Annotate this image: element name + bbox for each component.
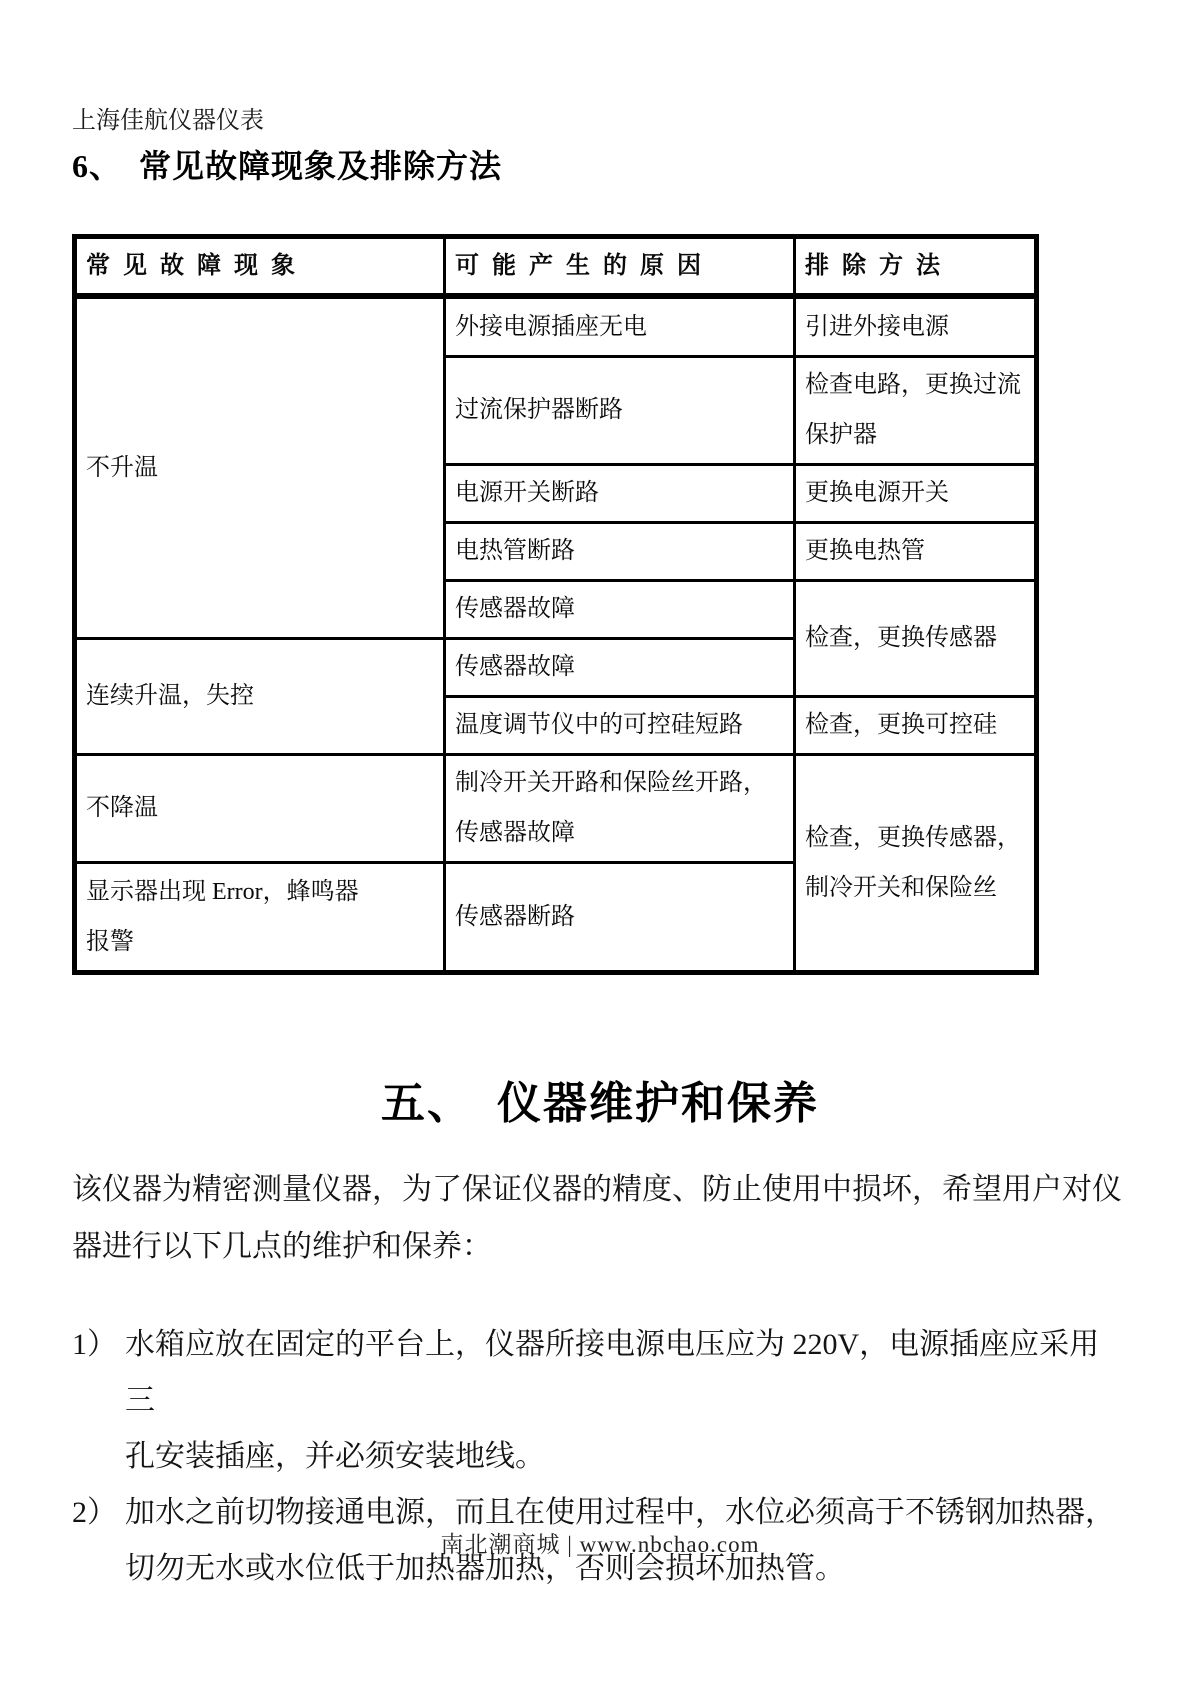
remedy-cell: 检查，更换可控硅 [795, 696, 1037, 754]
cause-cell: 电热管断路 [445, 522, 795, 580]
list-item: 1） 水箱应放在固定的平台上，仪器所接电源电压应为 220V，电源插座应采用三 … [72, 1317, 1128, 1485]
table-header-row: 常见故障现象 可能产生的原因 排除方法 [75, 237, 1037, 297]
section5-title: 五、 仪器维护和保养 [72, 1067, 1128, 1131]
cause-cell: 传感器故障 [445, 580, 795, 638]
fault-cell: 不升温 [75, 296, 445, 638]
fault-cell: 连续升温，失控 [75, 638, 445, 754]
fault-cell: 显示器出现 Error，蜂鸣器 报警 [75, 862, 445, 972]
cause-cell: 电源开关断路 [445, 464, 795, 522]
col-header-fault: 常见故障现象 [75, 237, 445, 297]
remedy-cell-merged: 检查，更换传感器， 制冷开关和保险丝 [795, 754, 1037, 972]
list-item-number: 1） [72, 1317, 125, 1373]
cause-cell: 传感器断路 [445, 862, 795, 972]
company-name: 上海佳航仪器仪表 [72, 104, 1128, 138]
table-row: 不降温 制冷开关开路和保险丝开路， 传感器故障 检查，更换传感器， 制冷开关和保… [75, 754, 1037, 862]
page-content: 上海佳航仪器仪表 6、 常见故障现象及排除方法 常见故障现象 可能产生的原因 排… [0, 0, 1200, 1597]
remedy-cell-merged: 检查，更换传感器 [795, 580, 1037, 696]
col-header-cause: 可能产生的原因 [445, 237, 795, 297]
col-header-remedy: 排除方法 [795, 237, 1037, 297]
cause-cell: 过流保护器断路 [445, 356, 795, 464]
fault-table: 常见故障现象 可能产生的原因 排除方法 不升温 外接电源插座无电 引进外接电源 … [72, 234, 1039, 975]
list-item-text: 水箱应放在固定的平台上，仪器所接电源电压应为 220V，电源插座应采用三 孔安装… [125, 1317, 1128, 1485]
cause-cell: 传感器故障 [445, 638, 795, 696]
cause-cell: 温度调节仪中的可控硅短路 [445, 696, 795, 754]
remedy-cell: 更换电热管 [795, 522, 1037, 580]
section6-title: 6、 常见故障现象及排除方法 [72, 144, 1128, 188]
remedy-cell: 检查电路，更换过流 保护器 [795, 356, 1037, 464]
table-row: 不升温 外接电源插座无电 引进外接电源 [75, 296, 1037, 356]
document-page: 上海佳航仪器仪表 6、 常见故障现象及排除方法 常见故障现象 可能产生的原因 排… [0, 0, 1200, 1702]
cause-cell: 外接电源插座无电 [445, 296, 795, 356]
remedy-cell: 更换电源开关 [795, 464, 1037, 522]
page-footer: 南北潮商城 | www.nbchao.com [0, 1526, 1200, 1559]
fault-cell: 不降温 [75, 754, 445, 862]
section5-intro: 该仪器为精密测量仪器，为了保证仪器的精度、防止使用中损坏，希望用户对仪 器进行以… [72, 1161, 1128, 1275]
remedy-cell: 引进外接电源 [795, 296, 1037, 356]
cause-cell: 制冷开关开路和保险丝开路， 传感器故障 [445, 754, 795, 862]
